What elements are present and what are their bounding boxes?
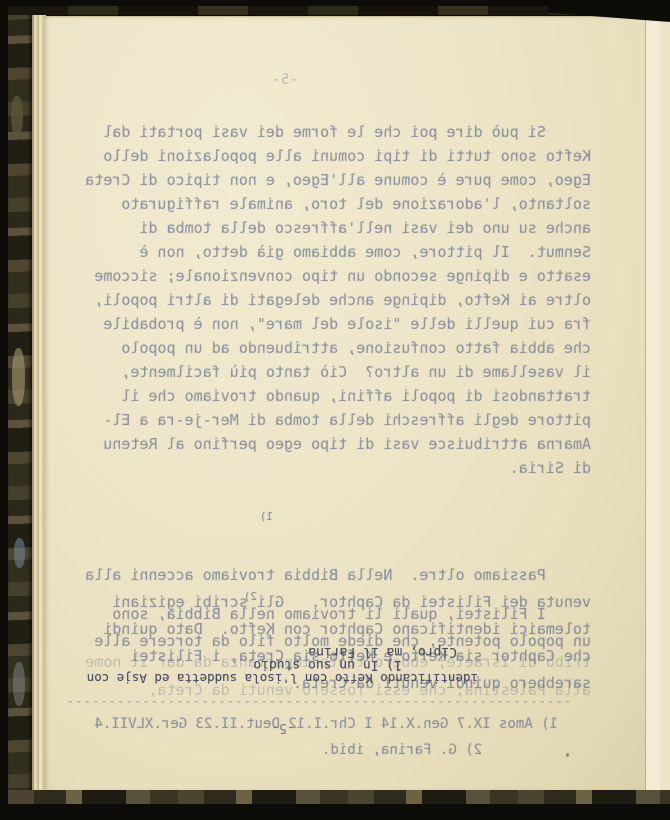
bottom-cover-edge [8, 790, 670, 804]
page-number: -5- [264, 72, 306, 88]
text-line: pittore degli affreschi della tomba di M… [85, 408, 591, 432]
text-line: trattandosi di popoli affini, quando tro… [85, 384, 591, 408]
text-line: esatto e dipinge secondo un tipo convenz… [85, 264, 591, 288]
text-line: oltre ai Kefto, dipinge anche delegati d… [85, 288, 591, 312]
text-line: Si può dire poi che le forme dei vasi po… [85, 120, 591, 144]
scanned-book-page: { "page": { "number_top": "-5-" }, "blee… [0, 0, 670, 820]
text-line: il vasellame di un altro? Ciò tanto più … [85, 360, 591, 384]
slip-line-identificando: identificando Kefto con l'isola suddetta… [82, 671, 478, 686]
text-line: Egeo, come pure è comune all'Egeo, e non… [85, 168, 591, 192]
facing-page-sliver [646, 16, 670, 792]
text-line: 1) Amos IX.7 Gen.X.14 I Chr.I.12 Deut.II… [68, 711, 558, 737]
text-line: anche su uno dei vasi nell'affresco dell… [85, 216, 591, 240]
text-line: I Filistei, quali li troviamo nella Bibb… [85, 601, 591, 628]
bleedthrough-footnotes: 1) Amos IX.7 Gen.X.14 I Chr.I.12 Deut.II… [68, 711, 558, 763]
text-line: Kefto sono tutti di tipi comuni alle pop… [85, 144, 591, 168]
binding-gray-fleck [13, 662, 25, 706]
binding-blue-fleck [14, 538, 25, 568]
page-fold-line [645, 18, 646, 792]
text-line: Passiamo oltre. Nella Bibbia troviamo ac… [85, 562, 591, 589]
text-line: di Siria. [85, 456, 591, 480]
binding-wear-mark [12, 348, 25, 406]
slip-line-studio: 1) In un suo studio [246, 657, 402, 672]
footnote-marker-1: 1) [260, 503, 273, 530]
text-line: Senmut. Il pittore, come abbiamo già det… [85, 240, 591, 264]
text-line: soltanto, l'adorazione del toro, animale… [85, 192, 591, 216]
footnote-divider: ----------------------------------------… [66, 694, 572, 710]
bleedthrough-paragraph-1: Si può dire poi che le forme dei vasi po… [85, 120, 591, 480]
text-line: 2) G. Farina, ibid. [68, 737, 558, 763]
text-line: Amarna attribuisce vasi di tipo egeo per… [85, 432, 591, 456]
text-line: che abbia fatto confusione, attribuendo … [85, 336, 591, 360]
text-line: fra cui quelli delle "isole del mare", n… [85, 312, 591, 336]
binding-dark-mark [11, 96, 23, 136]
ink-speck [566, 753, 569, 757]
